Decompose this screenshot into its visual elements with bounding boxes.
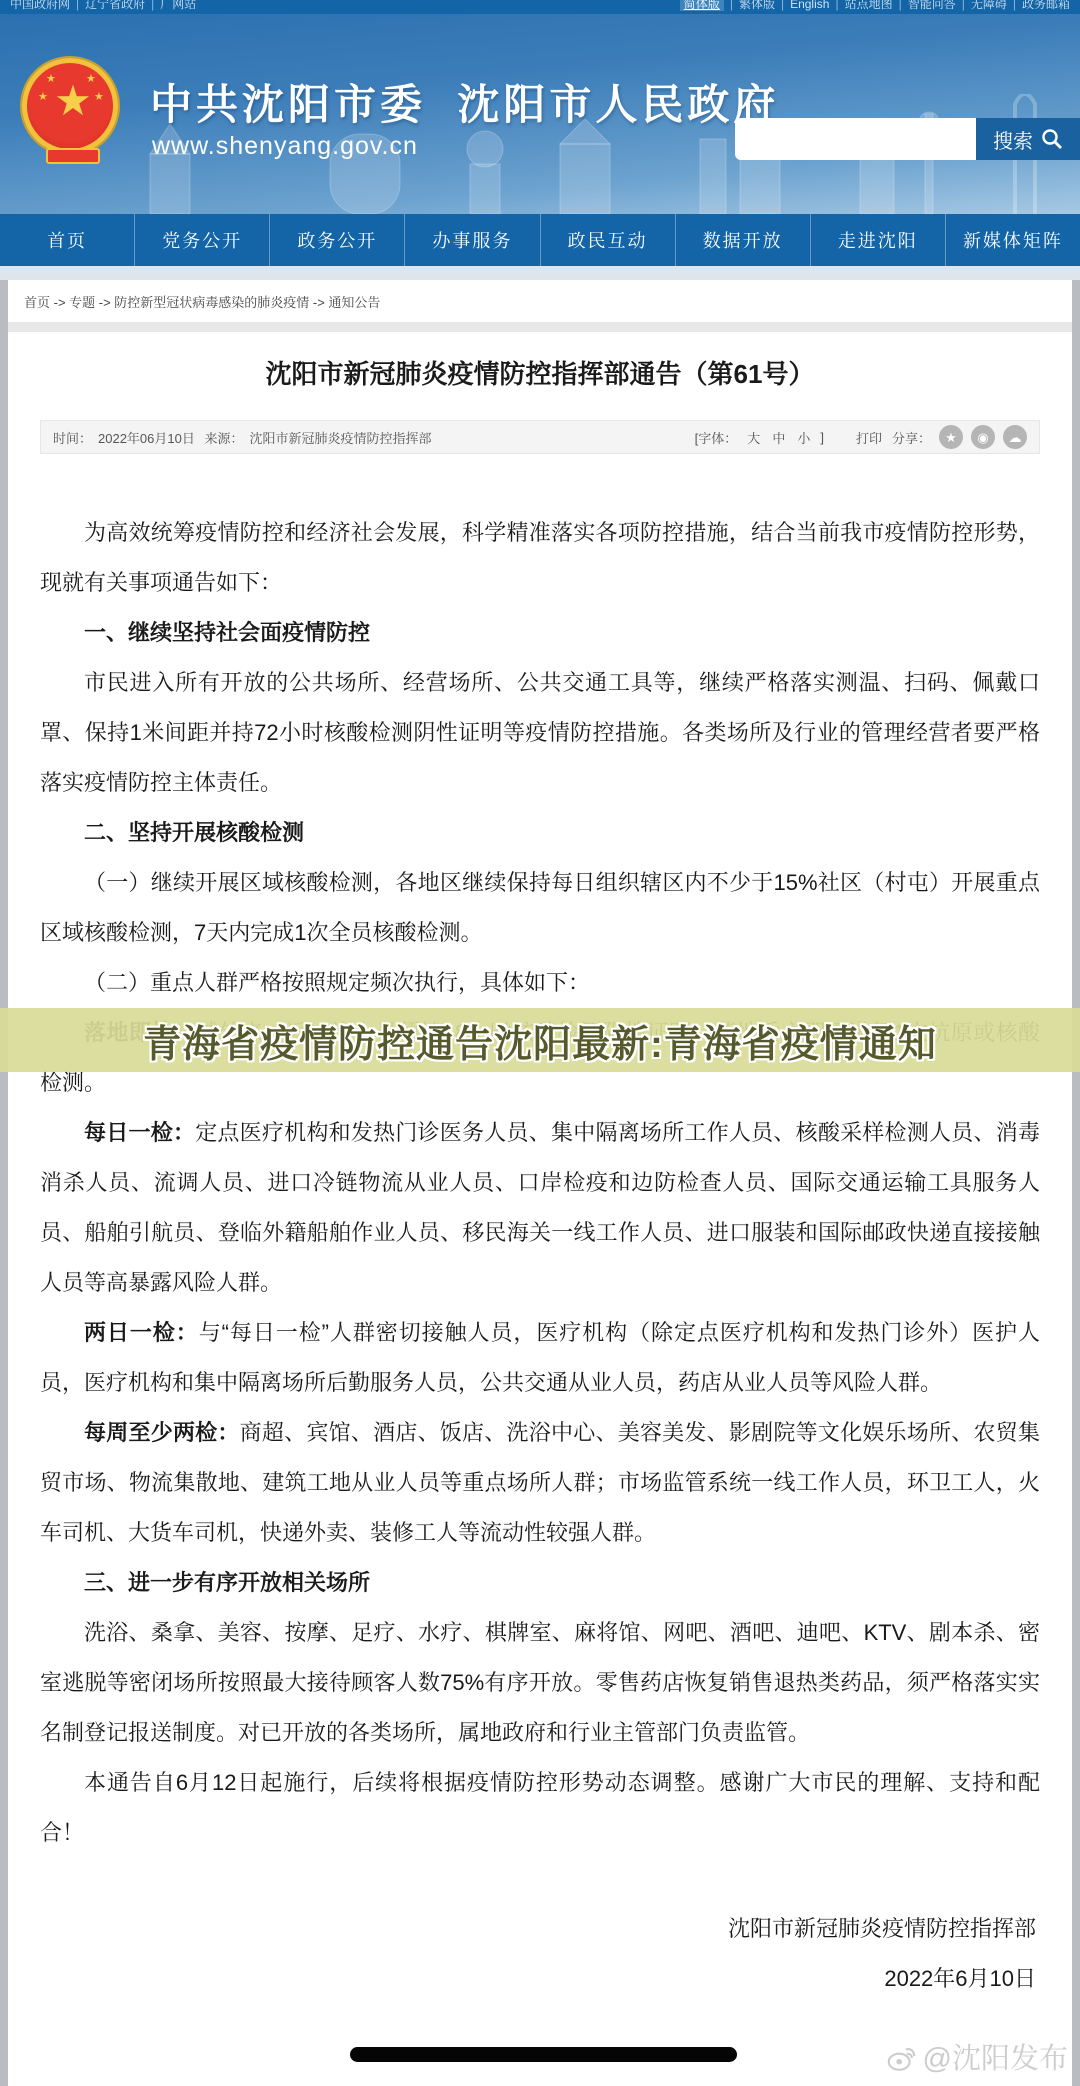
- source-value: 沈阳市新冠肺炎疫情防控指挥部: [250, 431, 432, 446]
- nav-item-new-media[interactable]: 新媒体矩阵: [946, 214, 1080, 266]
- source-label: 来源：: [204, 431, 243, 446]
- link-site[interactable]: 广网站: [160, 0, 196, 11]
- weibo-watermark: @沈阳发布: [885, 2036, 1068, 2077]
- divider-band: [8, 322, 1072, 332]
- breadcrumb-row: 首页 -> 专题 -> 防控新型冠状病毒感染的肺炎疫情 -> 通知公告: [8, 280, 1072, 322]
- font-size-large-button[interactable]: 大: [747, 428, 760, 447]
- meta-left: 时间：2022年06月10日 来源：沈阳市新冠肺炎疫情防控指挥部: [53, 428, 438, 447]
- page: 中国政府网|辽宁省政府|广网站 简体版|繁体版|English|站点地图|智能问…: [0, 0, 1080, 2086]
- nav-item-open-data[interactable]: 数据开放: [676, 214, 811, 266]
- nav-item-interaction[interactable]: 政民互动: [541, 214, 676, 266]
- article-body: 为高效统筹疫情防控和经济社会发展，科学精准落实各项防控措施，结合当前我市疫情防控…: [40, 508, 1040, 1858]
- print-button[interactable]: 打印: [856, 428, 882, 447]
- link-smart-qa[interactable]: 智能问答: [908, 0, 956, 11]
- link-china-gov[interactable]: 中国政府网: [10, 0, 70, 11]
- article-paragraph: 两日一检：与“每日一检”人群密切接触人员，医疗机构（除定点医疗机构和发热门诊外）…: [40, 1308, 1040, 1408]
- link-traditional[interactable]: 繁体版: [739, 0, 775, 11]
- content-card: 首页 -> 专题 -> 防控新型冠状病毒感染的肺炎疫情 -> 通知公告 沈阳市新…: [8, 280, 1072, 2086]
- font-label-open: [字体：: [695, 428, 738, 447]
- site-header: ★★★★ ★ 中共沈阳市委 沈阳市人民政府 www.shenyang.gov.c…: [0, 14, 1080, 214]
- search-box: 搜索: [735, 118, 1080, 160]
- font-size-small-button[interactable]: 小: [797, 428, 810, 447]
- overlay-banner: 青海省疫情防控通告沈阳最新:青海省疫情通知: [0, 1008, 1080, 1072]
- article-paragraph: 本通告自6月12日起施行，后续将根据疫情防控形势动态调整。感谢广大市民的理解、支…: [40, 1758, 1040, 1858]
- weibo-share-icon[interactable]: ◉: [971, 425, 995, 449]
- nav-item-about-shenyang[interactable]: 走进沈阳: [811, 214, 946, 266]
- link-sitemap[interactable]: 站点地图: [845, 0, 893, 11]
- article-paragraph: 每周至少两检：商超、宾馆、酒店、饭店、洗浴中心、美容美发、影剧院等文化娱乐场所、…: [40, 1408, 1040, 1558]
- article-paragraph: 每日一检：定点医疗机构和发热门诊医务人员、集中隔离场所工作人员、核酸采样检测人员…: [40, 1108, 1040, 1308]
- link-gov-mail[interactable]: 政务邮箱: [1022, 0, 1070, 11]
- article-meta-bar: 时间：2022年06月10日 来源：沈阳市新冠肺炎疫情防控指挥部 [字体： 大 …: [40, 420, 1040, 454]
- wechat-share-icon[interactable]: ☁: [1003, 425, 1027, 449]
- font-label-close: ]: [820, 430, 824, 445]
- publish-time: 2022年06月10日: [98, 431, 195, 446]
- link-english[interactable]: English: [790, 0, 829, 11]
- article-signature: 沈阳市新冠肺炎疫情防控指挥部: [40, 1904, 1040, 1954]
- article: 沈阳市新冠肺炎疫情防控指挥部通告（第61号） 时间：2022年06月10日 来源…: [8, 354, 1072, 2004]
- article-title: 沈阳市新冠肺炎疫情防控指挥部通告（第61号）: [40, 354, 1040, 394]
- link-liaoning-gov[interactable]: 辽宁省政府: [85, 0, 145, 11]
- section-heading-1: 一、继续坚持社会面疫情防控: [40, 608, 1040, 658]
- nav-item-services[interactable]: 办事服务: [405, 214, 540, 266]
- main-nav: 首页 党务公开 政务公开 办事服务 政民互动 数据开放 走进沈阳 新媒体矩阵: [0, 214, 1080, 266]
- font-size-medium-button[interactable]: 中: [772, 428, 785, 447]
- site-title: 中共沈阳市委 沈阳市人民政府: [150, 72, 779, 132]
- nav-item-party-affairs[interactable]: 党务公开: [135, 214, 270, 266]
- share-label: 分享：: [892, 428, 931, 447]
- search-button-label: 搜索: [993, 125, 1033, 154]
- top-right-links: 简体版|繁体版|English|站点地图|智能问答|无障碍|政务邮箱: [680, 0, 1070, 13]
- search-input[interactable]: [735, 118, 976, 160]
- link-simplified[interactable]: 简体版: [680, 0, 724, 11]
- weibo-logo-icon: [885, 2040, 919, 2074]
- top-link-bar: 中国政府网|辽宁省政府|广网站 简体版|繁体版|English|站点地图|智能问…: [0, 0, 1080, 14]
- top-left-links: 中国政府网|辽宁省政府|广网站: [10, 0, 196, 13]
- overlay-banner-text: 青海省疫情防控通告沈阳最新:青海省疫情通知: [143, 1013, 937, 1068]
- nav-item-home[interactable]: 首页: [0, 214, 135, 266]
- search-button[interactable]: 搜索: [976, 118, 1080, 160]
- site-url: www.shenyang.gov.cn: [152, 132, 418, 161]
- section-heading-3: 三、进一步有序开放相关场所: [40, 1558, 1040, 1608]
- breadcrumb[interactable]: 首页 -> 专题 -> 防控新型冠状病毒感染的肺炎疫情 -> 通知公告: [24, 292, 380, 311]
- favorite-share-icon[interactable]: ★: [939, 425, 963, 449]
- nav-item-gov-affairs[interactable]: 政务公开: [270, 214, 405, 266]
- home-indicator-bar: [350, 2047, 737, 2062]
- time-label: 时间：: [53, 431, 92, 446]
- article-paragraph: 为高效统筹疫情防控和经济社会发展，科学精准落实各项防控措施，结合当前我市疫情防控…: [40, 508, 1040, 608]
- magnifier-icon: [1041, 128, 1063, 150]
- header-bottom-strip: [0, 266, 1080, 280]
- article-paragraph: 市民进入所有开放的公共场所、经营场所、公共交通工具等，继续严格落实测温、扫码、佩…: [40, 658, 1040, 808]
- article-paragraph: 洗浴、桑拿、美容、按摩、足疗、水疗、棋牌室、麻将馆、网吧、酒吧、迪吧、KTV、剧…: [40, 1608, 1040, 1758]
- meta-right: [字体： 大 中 小 ] 打印 分享： ★ ◉ ☁: [695, 425, 1027, 449]
- watermark-text: @沈阳发布: [923, 2036, 1068, 2077]
- national-emblem-icon: ★★★★ ★: [20, 56, 124, 174]
- article-date: 2022年6月10日: [40, 1954, 1040, 2004]
- section-heading-2: 二、坚持开展核酸检测: [40, 808, 1040, 858]
- article-paragraph: （一）继续开展区域核酸检测，各地区继续保持每日组织辖区内不少于15%社区（村屯）…: [40, 858, 1040, 958]
- link-accessibility[interactable]: 无障碍: [971, 0, 1007, 11]
- article-paragraph: （二）重点人群严格按照规定频次执行，具体如下：: [40, 958, 1040, 1008]
